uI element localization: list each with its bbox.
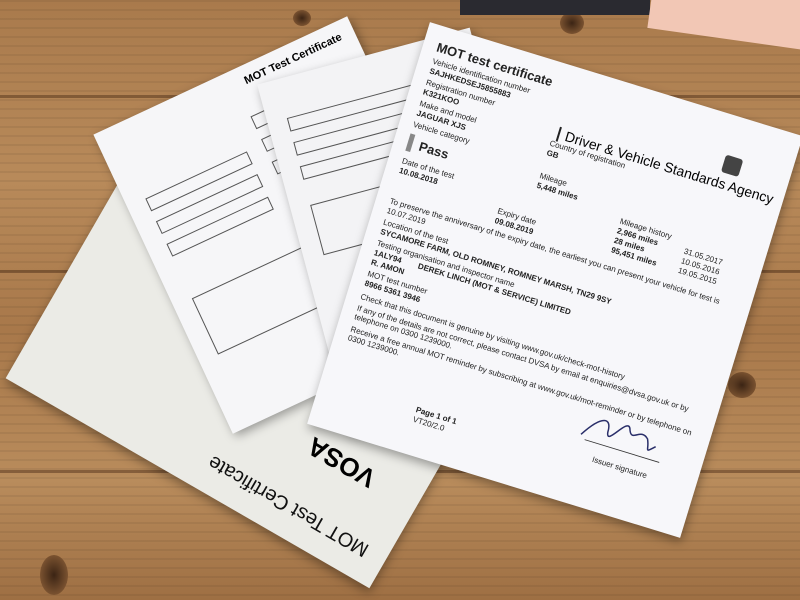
- dvsa-logo: Driver & Vehicle Standards Agency: [556, 127, 776, 207]
- wood-knot: [40, 555, 68, 595]
- wood-knot: [560, 12, 584, 34]
- pass-bar: [405, 133, 415, 152]
- wood-knot: [728, 372, 756, 398]
- wood-knot: [293, 10, 311, 26]
- contact-note: If any of the details are not correct, p…: [353, 304, 703, 426]
- dark-object: [460, 0, 650, 15]
- result: Pass: [417, 139, 450, 162]
- pink-papers: [647, 0, 800, 52]
- crown-crest-icon: [721, 155, 743, 177]
